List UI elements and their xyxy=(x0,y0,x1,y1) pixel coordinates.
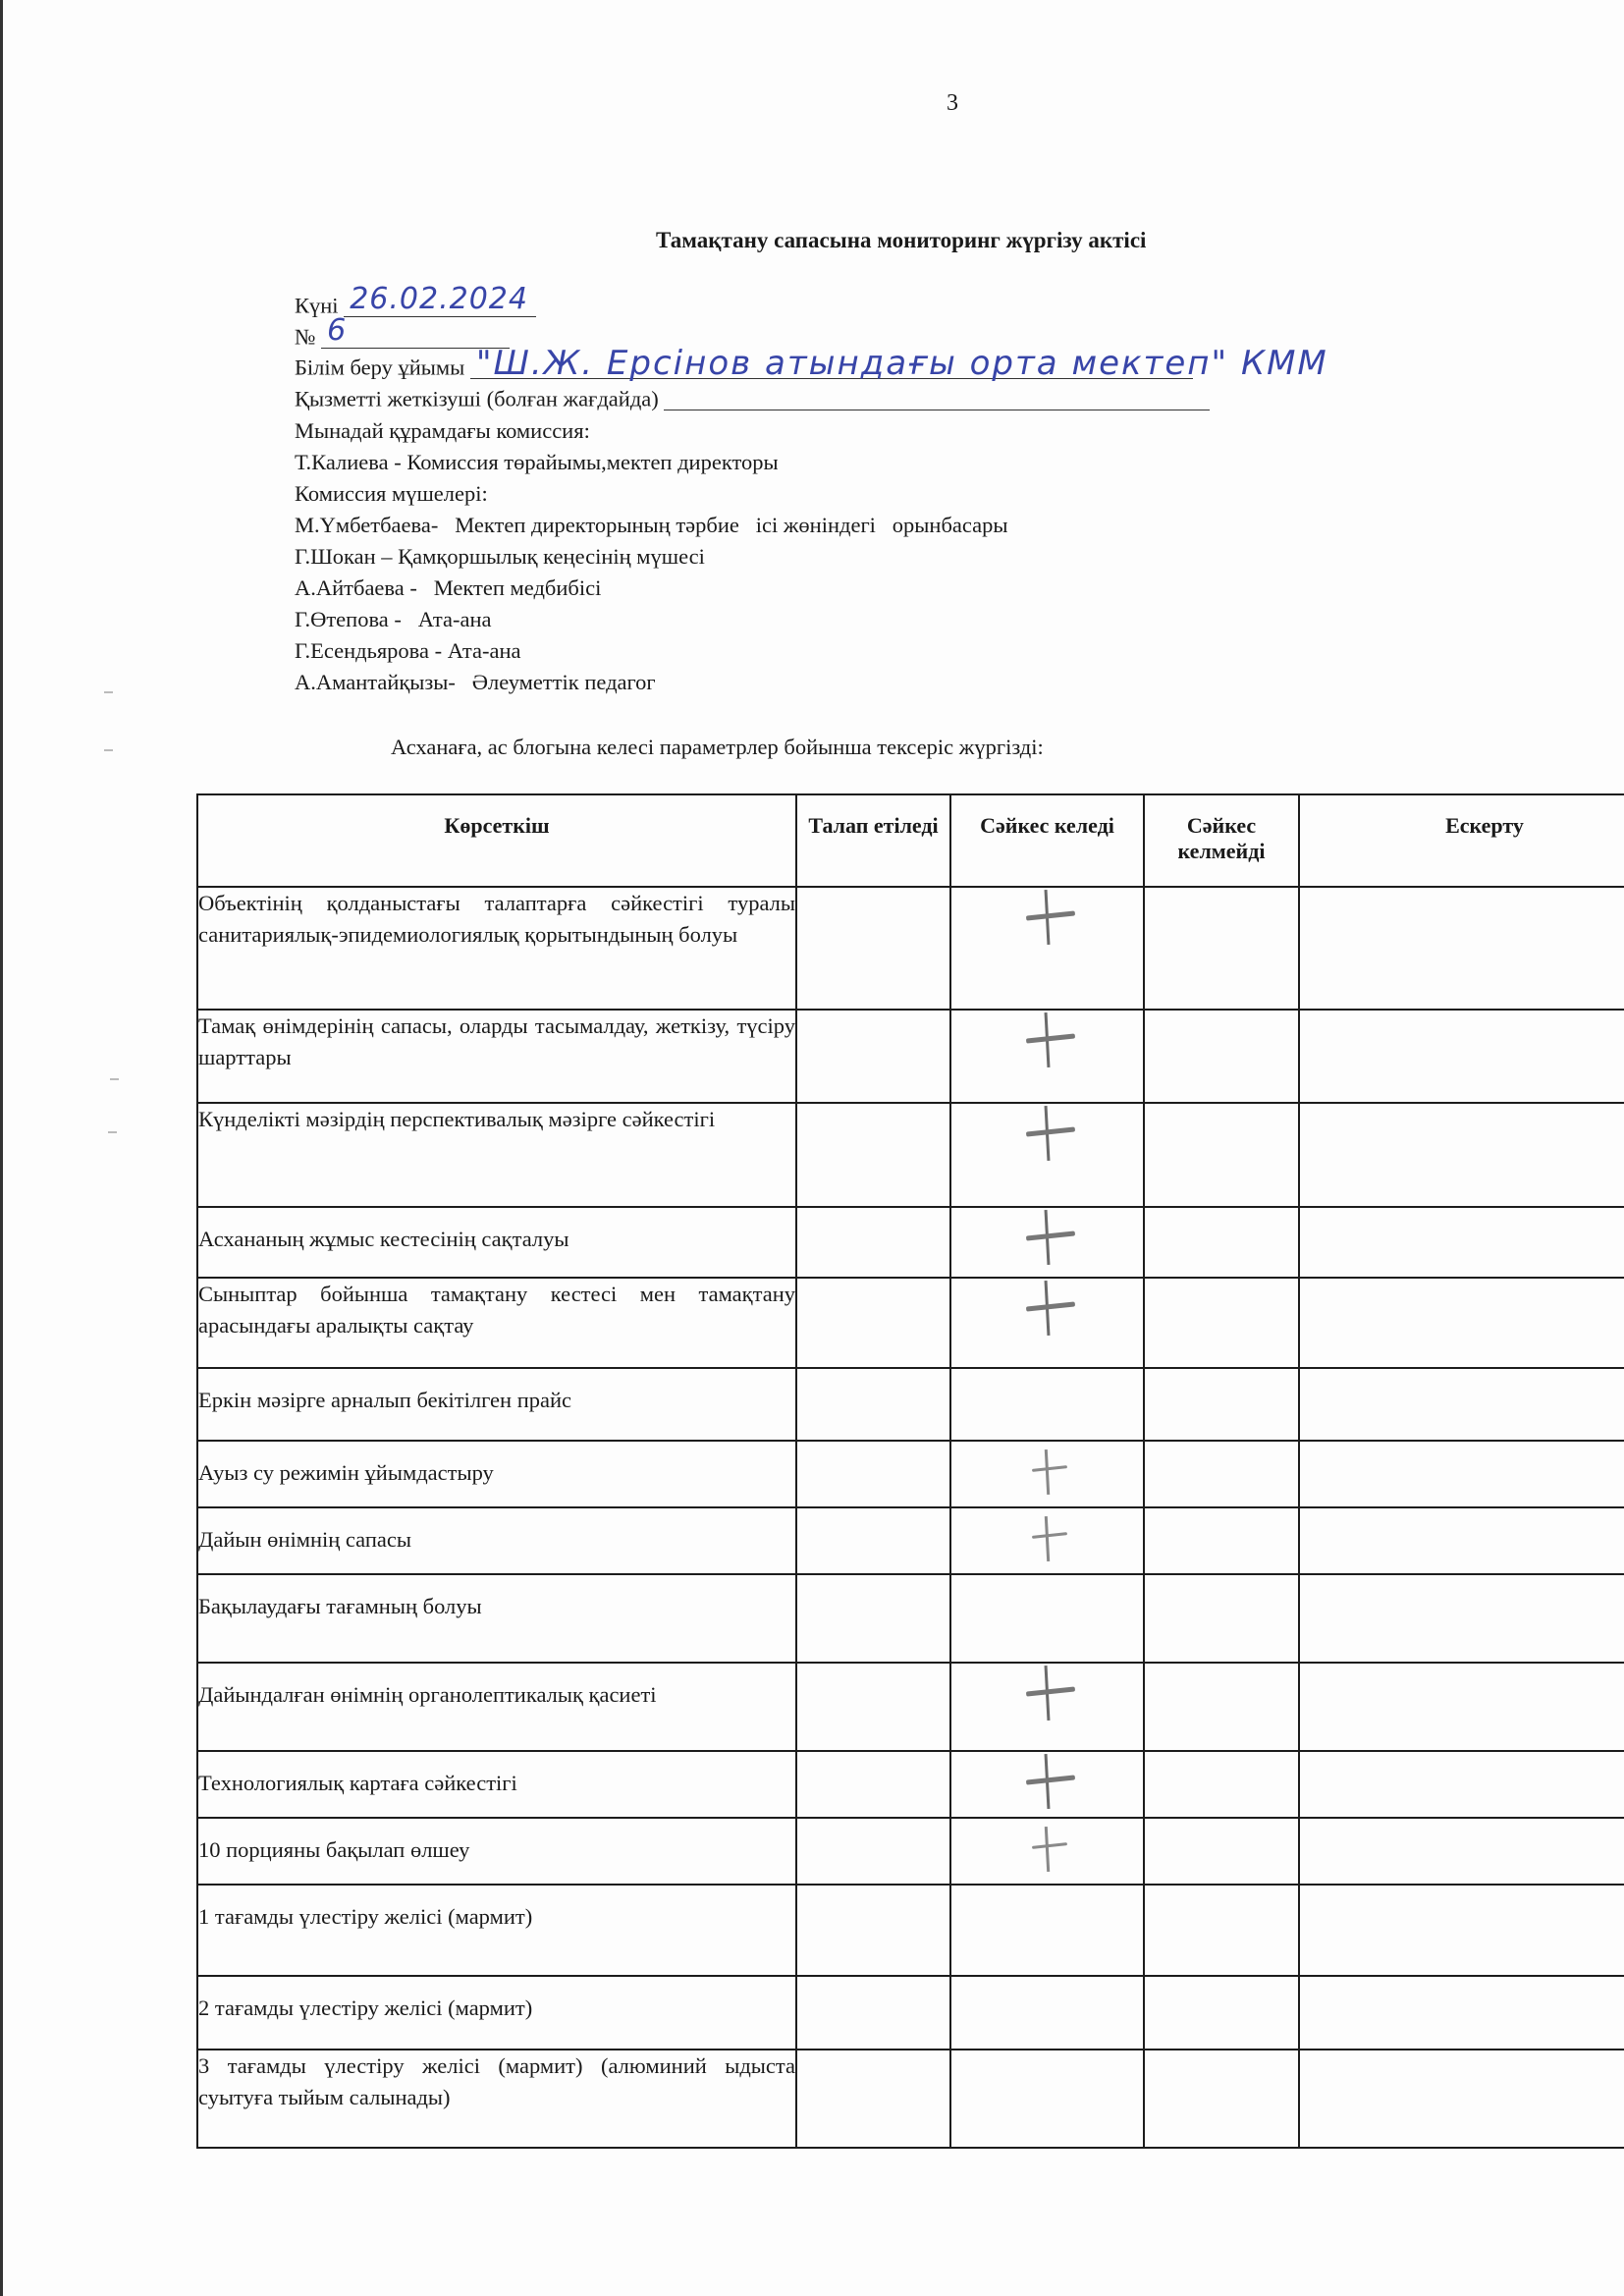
required-cell[interactable] xyxy=(796,1207,950,1278)
table-row: 10 порцияны бақылап өлшеу xyxy=(197,1818,1624,1885)
noncompliant-cell[interactable] xyxy=(1144,1574,1299,1663)
note-cell[interactable] xyxy=(1299,1010,1624,1103)
table-row: Дайындалған өнімнің органолептикалық қас… xyxy=(197,1663,1624,1751)
scan-speck xyxy=(104,691,113,693)
required-cell[interactable] xyxy=(796,1507,950,1574)
number-label: № xyxy=(295,325,315,350)
compliant-cell[interactable] xyxy=(950,887,1144,1010)
noncompliant-cell[interactable] xyxy=(1144,1751,1299,1818)
indicator-cell: Асхананың жұмыс кестесінің сақталуы xyxy=(197,1207,796,1278)
note-cell[interactable] xyxy=(1299,1976,1624,2050)
note-cell[interactable] xyxy=(1299,1278,1624,1368)
compliant-cell[interactable] xyxy=(950,1207,1144,1278)
plus-mark-icon xyxy=(1018,1011,1077,1069)
org-field: Білім беру ұйымы "Ш.Ж. Ерсінов атындағы … xyxy=(295,356,1193,379)
table-row: Күнделікті мәзірдің перспективалық мәзір… xyxy=(197,1103,1624,1207)
compliant-cell[interactable] xyxy=(950,1574,1144,1663)
indicator-cell: Сыныптар бойынша тамақтану кестесі мен т… xyxy=(197,1278,796,1368)
org-label: Білім беру ұйымы xyxy=(295,355,464,380)
required-cell[interactable] xyxy=(796,1818,950,1885)
table-row: Объектінің қолданыстағы талаптарға сәйке… xyxy=(197,887,1624,1010)
noncompliant-cell[interactable] xyxy=(1144,1278,1299,1368)
table-row: Тамақ өнімдерінің сапасы, оларды тасымал… xyxy=(197,1010,1624,1103)
indicator-cell: 2 тағамды үлестіру желісі (мармит) xyxy=(197,1976,796,2050)
plus-mark-icon xyxy=(1018,1442,1077,1501)
compliant-cell[interactable] xyxy=(950,1103,1144,1207)
compliant-cell[interactable] xyxy=(950,1663,1144,1751)
number-value: 6 xyxy=(327,316,347,346)
noncompliant-cell[interactable] xyxy=(1144,1663,1299,1751)
note-cell[interactable] xyxy=(1299,1441,1624,1507)
compliant-cell[interactable] xyxy=(950,1010,1144,1103)
compliant-cell[interactable] xyxy=(950,1507,1144,1574)
compliant-cell[interactable] xyxy=(950,1278,1144,1368)
compliant-cell[interactable] xyxy=(950,2050,1144,2148)
compliant-cell[interactable] xyxy=(950,1751,1144,1818)
note-cell[interactable] xyxy=(1299,1207,1624,1278)
header-indicator: Көрсеткіш xyxy=(197,794,796,887)
table-header-row: Көрсеткіш Талап етіледі Сәйкес келеді Сә… xyxy=(197,794,1624,887)
member-item: Г.Есендьярова - Ата-ана xyxy=(295,640,520,663)
table-row: 3 тағамды үлестіру желісі (мармит) (алюм… xyxy=(197,2050,1624,2148)
noncompliant-cell[interactable] xyxy=(1144,1507,1299,1574)
indicator-cell: Объектінің қолданыстағы талаптарға сәйке… xyxy=(197,887,796,1010)
note-cell[interactable] xyxy=(1299,1751,1624,1818)
plus-mark-icon xyxy=(1018,1819,1077,1878)
noncompliant-cell[interactable] xyxy=(1144,1976,1299,2050)
header-required: Талап етіледі xyxy=(796,794,950,887)
table-row: 1 тағамды үлестіру желісі (мармит) xyxy=(197,1885,1624,1976)
member-item: А.Айтбаева - Мектеп медбибісі xyxy=(295,577,601,600)
indicator-cell: Бақылаудағы тағамның болуы xyxy=(197,1574,796,1663)
supplier-input[interactable] xyxy=(664,388,1210,410)
scan-speck xyxy=(108,1131,117,1133)
indicator-cell: Тамақ өнімдерінің сапасы, оларды тасымал… xyxy=(197,1010,796,1103)
org-value: "Ш.Ж. Ерсінов атындағы орта мектеп" КММ xyxy=(476,347,1328,380)
indicator-cell: Дайын өнімнің сапасы xyxy=(197,1507,796,1574)
noncompliant-cell[interactable] xyxy=(1144,1010,1299,1103)
document-title: Тамақтану сапасына мониторинг жүргізу ак… xyxy=(656,228,1146,253)
date-input[interactable]: 26.02.2024 xyxy=(344,295,536,317)
scan-speck xyxy=(104,749,113,751)
member-item: М.Үмбетбаева- Мектеп директорының тәрбие… xyxy=(295,515,1008,537)
inspection-table: Көрсеткіш Талап етіледі Сәйкес келеді Сә… xyxy=(196,793,1624,2149)
required-cell[interactable] xyxy=(796,1278,950,1368)
compliant-cell[interactable] xyxy=(950,1885,1144,1976)
indicator-cell: Дайындалған өнімнің органолептикалық қас… xyxy=(197,1663,796,1751)
org-input[interactable]: "Ш.Ж. Ерсінов атындағы орта мектеп" КММ xyxy=(470,356,1193,379)
indicator-cell: Ауыз су режимін ұйымдастыру xyxy=(197,1441,796,1507)
plus-mark-icon xyxy=(1018,1279,1077,1338)
note-cell[interactable] xyxy=(1299,1574,1624,1663)
member-item: Г.Өтепова - Ата-ана xyxy=(295,609,492,631)
table-row: Ауыз су режимін ұйымдастыру xyxy=(197,1441,1624,1507)
plus-mark-icon xyxy=(1018,1752,1077,1811)
supplier-field: Қызметті жеткізуші (болған жағдайда) xyxy=(295,388,1210,410)
table-row: Дайын өнімнің сапасы xyxy=(197,1507,1624,1574)
noncompliant-cell[interactable] xyxy=(1144,1885,1299,1976)
supplier-label: Қызметті жеткізуші (болған жағдайда) xyxy=(295,387,659,411)
note-cell[interactable] xyxy=(1299,1885,1624,1976)
table-row: Еркін мәзірге арналып бекітілген прайс xyxy=(197,1368,1624,1441)
commission-heading: Мынадай құрамдағы комиссия: xyxy=(295,420,590,443)
required-cell[interactable] xyxy=(796,1368,950,1441)
header-note: Ескерту xyxy=(1299,794,1624,887)
compliant-cell[interactable] xyxy=(950,1368,1144,1441)
required-cell[interactable] xyxy=(796,2050,950,2148)
inspection-intro: Асханаға, ас блогына келесі параметрлер … xyxy=(391,735,1044,760)
indicator-cell: 10 порцияны бақылап өлшеу xyxy=(197,1818,796,1885)
note-cell[interactable] xyxy=(1299,1663,1624,1751)
indicator-cell: 3 тағамды үлестіру желісі (мармит) (алюм… xyxy=(197,2050,796,2148)
note-cell[interactable] xyxy=(1299,887,1624,1010)
note-cell[interactable] xyxy=(1299,1818,1624,1885)
plus-mark-icon xyxy=(1018,1104,1077,1163)
required-cell[interactable] xyxy=(796,1885,950,1976)
plus-mark-icon xyxy=(1018,1664,1077,1722)
indicator-cell: Еркін мәзірге арналып бекітілген прайс xyxy=(197,1368,796,1441)
noncompliant-cell[interactable] xyxy=(1144,887,1299,1010)
scan-edge xyxy=(0,0,3,2296)
required-cell[interactable] xyxy=(796,1663,950,1751)
noncompliant-cell[interactable] xyxy=(1144,1441,1299,1507)
scan-speck xyxy=(110,1078,119,1080)
page-number: 3 xyxy=(0,90,1624,117)
member-item: А.Амантайқызы- Әлеуметтік педагог xyxy=(295,672,656,694)
plus-mark-icon xyxy=(1018,1208,1077,1267)
header-compliant: Сәйкес келеді xyxy=(950,794,1144,887)
table-row: Сыныптар бойынша тамақтану кестесі мен т… xyxy=(197,1278,1624,1368)
plus-mark-icon xyxy=(1018,1508,1077,1567)
header-noncompliant: Сәйкес келмейді xyxy=(1144,794,1299,887)
required-cell[interactable] xyxy=(796,1751,950,1818)
commission-chair: Т.Калиева - Комиссия төрайымы,мектеп дир… xyxy=(295,452,779,474)
required-cell[interactable] xyxy=(796,1976,950,2050)
indicator-cell: Технологиялық картаға сәйкестігі xyxy=(197,1751,796,1818)
note-cell[interactable] xyxy=(1299,1368,1624,1441)
compliant-cell[interactable] xyxy=(950,1976,1144,2050)
date-value: 26.02.2024 xyxy=(350,285,528,314)
required-cell[interactable] xyxy=(796,1441,950,1507)
noncompliant-cell[interactable] xyxy=(1144,1368,1299,1441)
compliant-cell[interactable] xyxy=(950,1818,1144,1885)
required-cell[interactable] xyxy=(796,1103,950,1207)
noncompliant-cell[interactable] xyxy=(1144,1103,1299,1207)
note-cell[interactable] xyxy=(1299,1103,1624,1207)
noncompliant-cell[interactable] xyxy=(1144,1207,1299,1278)
note-cell[interactable] xyxy=(1299,1507,1624,1574)
table-row: 2 тағамды үлестіру желісі (мармит) xyxy=(197,1976,1624,2050)
noncompliant-cell[interactable] xyxy=(1144,1818,1299,1885)
required-cell[interactable] xyxy=(796,887,950,1010)
indicator-cell: 1 тағамды үлестіру желісі (мармит) xyxy=(197,1885,796,1976)
required-cell[interactable] xyxy=(796,1010,950,1103)
table-row: Бақылаудағы тағамның болуы xyxy=(197,1574,1624,1663)
note-cell[interactable] xyxy=(1299,2050,1624,2148)
member-item: Г.Шокан – Қамқоршылық кеңесінің мүшесі xyxy=(295,546,705,569)
members-heading: Комиссия мүшелері: xyxy=(295,483,488,506)
required-cell[interactable] xyxy=(796,1574,950,1663)
noncompliant-cell[interactable] xyxy=(1144,2050,1299,2148)
plus-mark-icon xyxy=(1018,888,1077,947)
table-row: Асхананың жұмыс кестесінің сақталуы xyxy=(197,1207,1624,1278)
table-row: Технологиялық картаға сәйкестігі xyxy=(197,1751,1624,1818)
indicator-cell: Күнделікті мәзірдің перспективалық мәзір… xyxy=(197,1103,796,1207)
compliant-cell[interactable] xyxy=(950,1441,1144,1507)
